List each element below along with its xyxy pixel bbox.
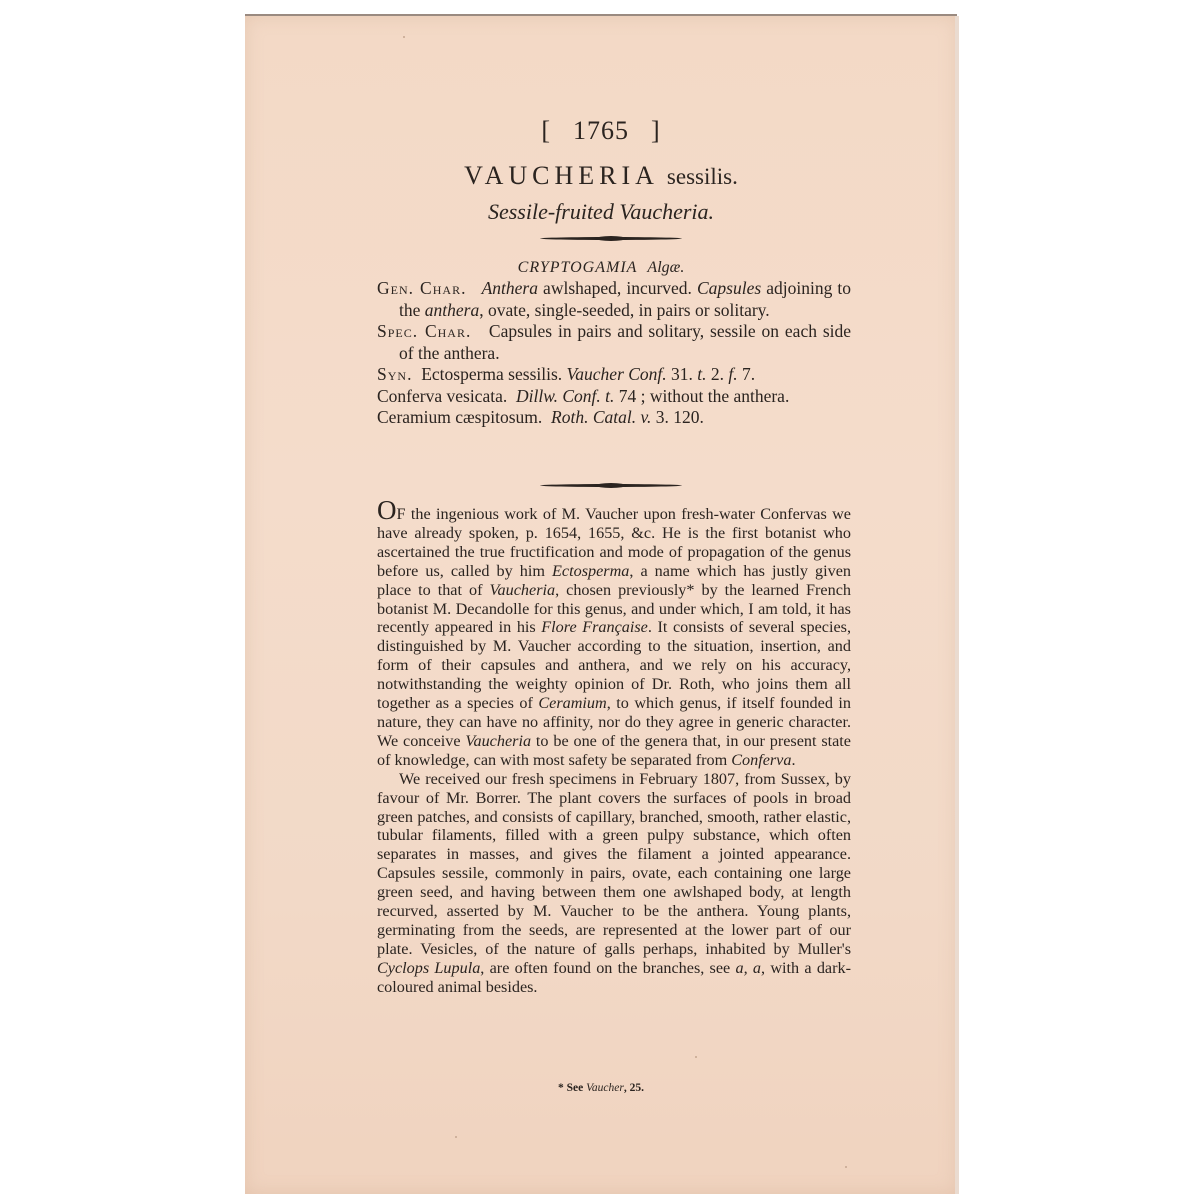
page-content: [1765] VAUCHERIAsessilis. Sessile-fruite… [245, 16, 957, 1194]
book-page: [1765] VAUCHERIAsessilis. Sessile-fruite… [245, 14, 957, 1194]
paragraph-1: OF the ingenious work of M. Vaucher upon… [377, 502, 851, 770]
generic-character: Gen. Char. Anthera awlshaped, incurved. … [377, 278, 851, 321]
text-run: Ceramium [538, 694, 606, 712]
text-run: Vaucheria [489, 581, 555, 599]
text-run: a, a [736, 959, 762, 977]
synonym-1: Syn. Ectosperma sessilis. Vaucher Conf. … [377, 364, 851, 386]
synonym-2: Conferva vesicata. Dillw. Conf. t. 74 ; … [377, 386, 851, 408]
text-run: Cyclops Lupula [377, 959, 480, 977]
ornamental-rule [540, 237, 682, 240]
gen-char-text: Anthera [482, 278, 538, 298]
text-run: Flore Française [541, 618, 648, 636]
classification: CRYPTOGAMIAAlgæ. [245, 259, 957, 277]
paper-speck [455, 1136, 457, 1138]
syn-label: Syn. [377, 364, 412, 384]
class-name: CRYPTOGAMIA [518, 259, 638, 276]
page-number: [1765] [245, 116, 957, 146]
descriptive-text: OF the ingenious work of M. Vaucher upon… [377, 502, 851, 997]
paper-speck [403, 36, 405, 38]
syn-ref: t. [605, 386, 614, 406]
page-number-value: 1765 [573, 116, 629, 145]
footnote-ref: Vaucher [586, 1082, 624, 1094]
text-run: . [791, 751, 795, 769]
genus-name: VAUCHERIA [464, 161, 659, 190]
species-name: sessilis. [667, 164, 738, 189]
syn-name: Ectosperma sessilis. [421, 364, 562, 384]
species-title: VAUCHERIAsessilis. [245, 161, 957, 191]
gen-char-label: Gen. Char. [377, 278, 466, 298]
characters-section: Gen. Char. Anthera awlshaped, incurved. … [377, 278, 851, 429]
paper-speck [845, 1166, 847, 1168]
gen-char-text: awlshaped, incurved. [538, 278, 697, 298]
gen-char-text: , ovate, single-seeded, in pairs or soli… [479, 300, 769, 320]
syn-ref: v. [640, 407, 651, 427]
footnote: * See Vaucher, 25. [245, 1082, 957, 1094]
syn-ref: 74 ; [619, 386, 646, 406]
footnote-rest: , 25. [624, 1082, 644, 1094]
syn-ref: f. [728, 364, 737, 384]
bracket-left: [ [519, 116, 573, 145]
syn-ref: Dillw. Conf. [516, 386, 601, 406]
gen-char-text: Capsules [697, 278, 761, 298]
order-name: Algæ. [647, 259, 684, 276]
paragraph-2: We received our fresh specimens in Febru… [377, 770, 851, 997]
syn-ref: 7. [742, 364, 755, 384]
footnote-marker: * See [558, 1082, 583, 1094]
text-run: Vaucheria [465, 732, 531, 750]
specific-character: Spec. Char. Capsules in pairs and solita… [377, 321, 851, 364]
syn-name: Conferva vesicata. [377, 386, 507, 406]
paper-speck [695, 1056, 697, 1058]
drop-cap: O [377, 495, 397, 525]
text-run: We received our fresh specimens in Febru… [377, 770, 851, 958]
syn-ref: 31. [671, 364, 693, 384]
common-name: Sessile-fruited Vaucheria. [245, 199, 957, 225]
first-word-caps: F [397, 505, 406, 523]
syn-ref: Vaucher Conf. [567, 364, 667, 384]
bracket-right: ] [629, 116, 683, 145]
text-run: Ectosperma [552, 562, 629, 580]
text-run: Conferva [731, 751, 791, 769]
syn-ref: 2. [711, 364, 724, 384]
synonym-3: Ceramium cæspitosum. Roth. Catal. v. 3. … [377, 407, 851, 429]
syn-ref: Roth. Catal. [551, 407, 636, 427]
gen-char-text: anthera [425, 300, 479, 320]
spec-char-label: Spec. Char. [377, 321, 471, 341]
text-run: , are often found on the branches, see [480, 959, 735, 977]
syn-name: Ceramium cæspitosum. [377, 407, 542, 427]
ornamental-rule [540, 484, 682, 487]
syn-ref: 3. 120. [656, 407, 704, 427]
syn-note: without the anthera. [650, 386, 789, 406]
syn-ref: t. [697, 364, 706, 384]
